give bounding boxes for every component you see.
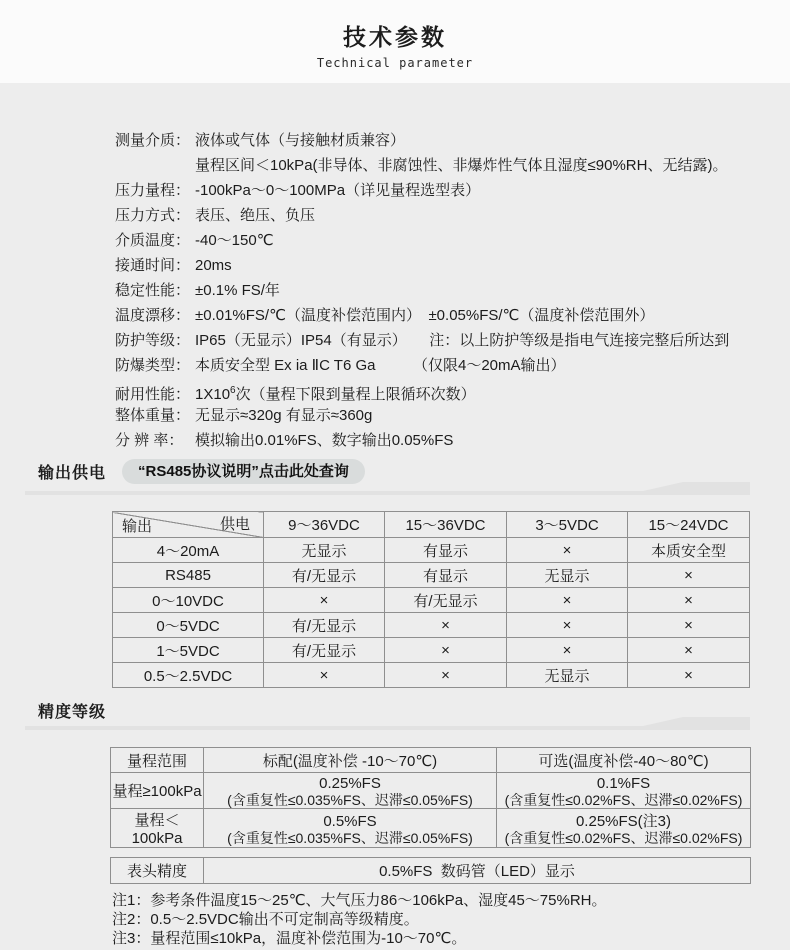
page: 技术参数 Technical parameter 测量介质：液体或气体（与接触材… [0, 0, 790, 950]
durability-base: 1X10 [195, 386, 230, 403]
row-label: 0～10VDC [113, 588, 264, 613]
spec-value: -100kPa～0～100MPa（详见量程选型表） [195, 182, 480, 199]
table-row: 0～10VDC × 有/无显示 × × [113, 588, 750, 613]
spec-row-protection-rating: 防护等级：IP65（无显示）IP54（有显示） 注：以上防护等级是指电气连接完整… [115, 328, 790, 353]
accuracy-detail: (含重复性≤0.02%FS、迟滞≤0.02%FS) [497, 792, 750, 808]
output-supply-table: 供电 输出 9～36VDC 15～36VDC 3～5VDC 15～24VDC 4… [112, 511, 750, 688]
spec-row-overall-weight: 整体重量：无显示≈320g 有显示≈360g [115, 403, 790, 428]
accuracy-value: 0.1%FS [497, 773, 750, 792]
spec-row-pressure-type: 压力方式：表压、绝压、负压 [115, 203, 790, 228]
spec-row-medium-continuation: 量程区间＜10kPa(非导体、非腐蚀性、非爆炸性气体且湿度≤90%RH、无结露)… [115, 153, 790, 178]
spec-label: 防爆类型： [115, 353, 195, 378]
diagonal-corner-cell: 供电 输出 [113, 512, 264, 538]
table-row: 1～5VDC 有/无显示 × × × [113, 638, 750, 663]
accuracy-detail: (含重复性≤0.02%FS、迟滞≤0.02%FS) [497, 830, 750, 846]
table-cell: 本质安全型 [628, 538, 750, 563]
spec-label: 整体重量： [115, 403, 195, 428]
row-label: 量程＜100kPa [111, 809, 204, 848]
table-cell: × [385, 613, 507, 638]
spec-row-medium-temperature: 介质温度：-40～150℃ [115, 228, 790, 253]
spec-value: IP65（无显示）IP54（有显示） 注：以上防护等级是指电气连接完整后所达到 [195, 332, 729, 349]
row-label: 0.5～2.5VDC [113, 663, 264, 688]
footnotes: 注1：参考条件温度15～25℃、大气压力86～106kPa、湿度45～75%RH… [112, 891, 790, 948]
table-cell: × [507, 613, 628, 638]
table-cell: 有/无显示 [264, 563, 385, 588]
table-header-row: 供电 输出 9～36VDC 15～36VDC 3～5VDC 15～24VDC [113, 512, 750, 538]
spec-label: 压力量程： [115, 178, 195, 203]
spec-label: 压力方式： [115, 203, 195, 228]
corner-label-supply: 供电 [220, 513, 250, 534]
column-header: 15～36VDC [385, 512, 507, 538]
spec-value: 量程区间＜10kPa(非导体、非腐蚀性、非爆炸性气体且湿度≤90%RH、无结露)… [195, 157, 727, 174]
accuracy-detail: (含重复性≤0.035%FS、迟滞≤0.05%FS) [204, 792, 496, 808]
spec-value: ±0.01%FS/℃（温度补偿范围内） ±0.05%FS/℃（温度补偿范围外） [195, 307, 654, 324]
table-row: 0.5～2.5VDC × × 无显示 × [113, 663, 750, 688]
accuracy-value: 0.25%FS(注3) [497, 811, 750, 830]
table-cell: 有/无显示 [264, 613, 385, 638]
spec-list: 测量介质：液体或气体（与接触材质兼容） 量程区间＜10kPa(非导体、非腐蚀性、… [0, 83, 790, 453]
table-cell: × [264, 663, 385, 688]
durability-rest: 次（量程下限到量程上限循环次数） [236, 386, 476, 403]
column-header: 3～5VDC [507, 512, 628, 538]
row-label: 0～5VDC [113, 613, 264, 638]
footnote-2: 注2：0.5～2.5VDC输出不可定制高等级精度。 [112, 910, 790, 929]
table-cell: 有/无显示 [385, 588, 507, 613]
spec-value: 液体或气体（与接触材质兼容） [195, 132, 405, 149]
accuracy-detail: (含重复性≤0.035%FS、迟滞≤0.05%FS) [204, 830, 496, 846]
accuracy-section-title: 精度等级 [38, 699, 106, 722]
spec-row-pressure-range: 压力量程：-100kPa～0～100MPa（详见量程选型表） [115, 178, 790, 203]
spec-value: ±0.1% FS/年 [195, 282, 280, 299]
table-cell: 有/无显示 [264, 638, 385, 663]
spec-label: 接通时间： [115, 253, 195, 278]
page-subtitle: Technical parameter [0, 56, 790, 70]
content-area: 测量介质：液体或气体（与接触材质兼容） 量程区间＜10kPa(非导体、非腐蚀性、… [0, 83, 790, 950]
table-cell: 0.5%FS 数码管（LED）显示 [204, 858, 751, 884]
column-header: 量程范围 [111, 748, 204, 773]
spec-label: 稳定性能： [115, 278, 195, 303]
table-header-row: 量程范围 标配(温度补偿 -10～70℃) 可选(温度补偿-40～80℃) [111, 748, 751, 773]
spec-row-durability: 耐用性能：1X106次（量程下限到量程上限循环次数） [115, 378, 790, 403]
table-row: 表头精度 0.5%FS 数码管（LED）显示 [111, 858, 751, 884]
table-cell: 无显示 [264, 538, 385, 563]
spec-row-resolution: 分 辨 率：模拟输出0.01%FS、数字输出0.05%FS [115, 428, 790, 453]
table-row: 4～20mA 无显示 有显示 × 本质安全型 [113, 538, 750, 563]
table-cell: × [628, 613, 750, 638]
table-cell: 0.5%FS (含重复性≤0.035%FS、迟滞≤0.05%FS) [204, 809, 497, 848]
table-cell: × [264, 588, 385, 613]
spec-label: 温度漂移： [115, 303, 195, 328]
spec-value: 表压、绝压、负压 [195, 207, 315, 224]
spec-row-stability: 稳定性能：±0.1% FS/年 [115, 278, 790, 303]
table-cell: × [628, 563, 750, 588]
table-cell: 有显示 [385, 538, 507, 563]
row-label: 4～20mA [113, 538, 264, 563]
output-power-section-title: 输出供电 [38, 460, 106, 483]
table-cell: × [628, 638, 750, 663]
table-cell: × [385, 663, 507, 688]
table-cell: 无显示 [507, 563, 628, 588]
column-header: 15～24VDC [628, 512, 750, 538]
spec-row-explosion-proof: 防爆类型：本质安全型 Ex ia ⅡC T6 Ga （仅限4～20mA输出） [115, 353, 790, 378]
table-cell: × [385, 638, 507, 663]
rs485-protocol-link-button[interactable]: “RS485协议说明”点击此处查询 [122, 459, 365, 484]
table-cell: 0.25%FS(注3) (含重复性≤0.02%FS、迟滞≤0.02%FS) [497, 809, 751, 848]
row-label: 量程≥100kPa [111, 773, 204, 809]
spec-value: 1X106次（量程下限到量程上限循环次数） [195, 386, 476, 403]
column-header: 标配(温度补偿 -10～70℃) [204, 748, 497, 773]
accuracy-table: 量程范围 标配(温度补偿 -10～70℃) 可选(温度补偿-40～80℃) 量程… [110, 747, 751, 848]
spec-value: 20ms [195, 257, 232, 274]
spec-value: 模拟输出0.01%FS、数字输出0.05%FS [195, 432, 453, 449]
spec-value: 本质安全型 Ex ia ⅡC T6 Ga （仅限4～20mA输出） [195, 357, 566, 374]
table-row: 量程＜100kPa 0.5%FS (含重复性≤0.035%FS、迟滞≤0.05%… [111, 809, 751, 848]
table-cell: 0.25%FS (含重复性≤0.035%FS、迟滞≤0.05%FS) [204, 773, 497, 809]
spec-label: 测量介质： [115, 128, 195, 153]
page-title: 技术参数 [0, 0, 790, 52]
row-label: 1～5VDC [113, 638, 264, 663]
page-header: 技术参数 Technical parameter [0, 0, 790, 83]
accuracy-value: 0.5%FS [204, 811, 496, 830]
meter-accuracy-table: 表头精度 0.5%FS 数码管（LED）显示 [110, 857, 751, 884]
column-header: 可选(温度补偿-40～80℃) [497, 748, 751, 773]
table-cell: × [628, 663, 750, 688]
spec-row-response-time: 接通时间：20ms [115, 253, 790, 278]
spec-row-temperature-drift: 温度漂移：±0.01%FS/℃（温度补偿范围内） ±0.05%FS/℃（温度补偿… [115, 303, 790, 328]
section-divider-band [25, 717, 760, 730]
table-row: RS485 有/无显示 有显示 无显示 × [113, 563, 750, 588]
table-row: 0～5VDC 有/无显示 × × × [113, 613, 750, 638]
spec-label: 分 辨 率： [115, 428, 195, 453]
row-label: 表头精度 [111, 858, 204, 884]
column-header: 9～36VDC [264, 512, 385, 538]
table-cell: × [507, 638, 628, 663]
spec-value: -40～150℃ [195, 232, 274, 249]
table-cell: 0.1%FS (含重复性≤0.02%FS、迟滞≤0.02%FS) [497, 773, 751, 809]
table-cell: × [507, 538, 628, 563]
table-cell: × [628, 588, 750, 613]
table-cell: 有显示 [385, 563, 507, 588]
footnote-1: 注1：参考条件温度15～25℃、大气压力86～106kPa、湿度45～75%RH… [112, 891, 790, 910]
row-label: RS485 [113, 563, 264, 588]
spec-label: 防护等级： [115, 328, 195, 353]
table-cell: 无显示 [507, 663, 628, 688]
table-row: 量程≥100kPa 0.25%FS (含重复性≤0.035%FS、迟滞≤0.05… [111, 773, 751, 809]
spec-value: 无显示≈320g 有显示≈360g [195, 407, 372, 424]
spec-row-measuring-medium: 测量介质：液体或气体（与接触材质兼容） [115, 128, 790, 153]
spec-label: 介质温度： [115, 228, 195, 253]
corner-label-output: 输出 [122, 515, 152, 536]
output-power-section-header: 输出供电 “RS485协议说明”点击此处查询 [38, 459, 790, 484]
footnote-3: 注3：量程范围≤10kPa，温度补偿范围为-10～70℃。 [112, 929, 790, 948]
accuracy-value: 0.25%FS [204, 773, 496, 792]
table-cell: × [507, 588, 628, 613]
